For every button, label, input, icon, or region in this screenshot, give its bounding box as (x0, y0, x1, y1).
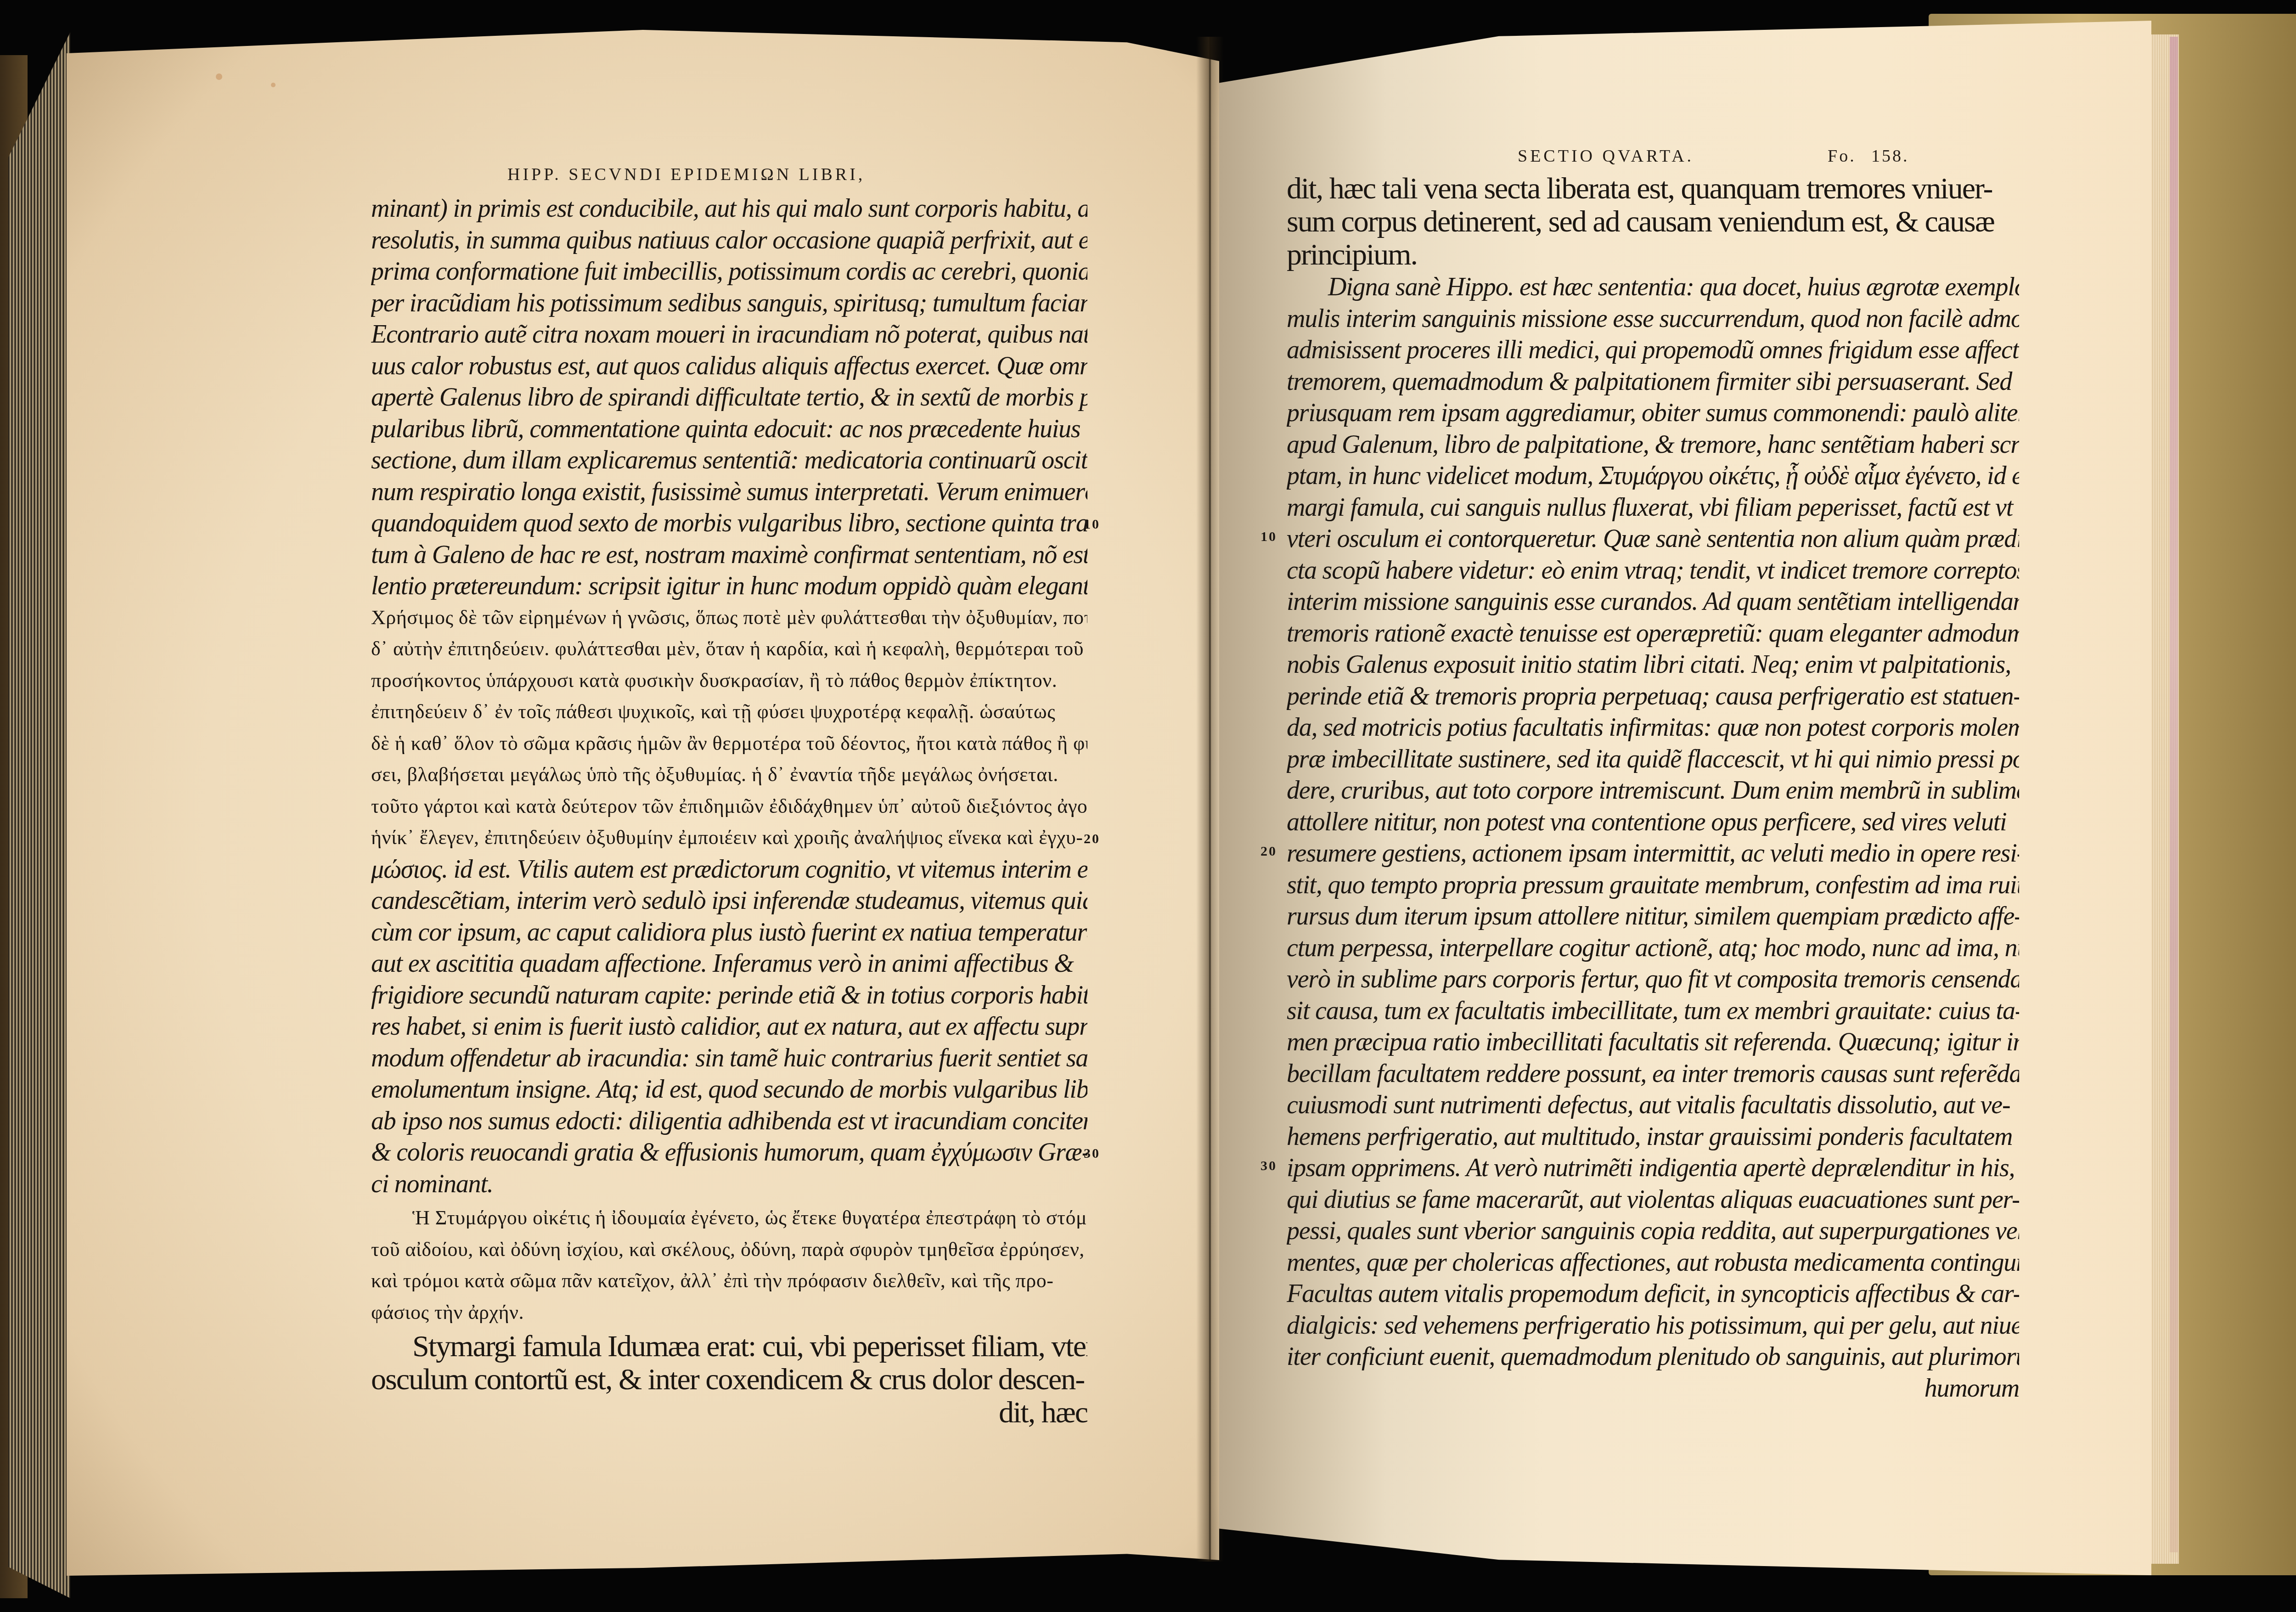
commentary-line: res habet, si enim is fuerit iustò calid… (371, 1011, 1087, 1043)
commentary-line: nobis Galenus exposuit initio statim lib… (1287, 649, 2019, 681)
greek-lemma-line: Ἡ Στυμάργου οἰκέτις ἡ ἰδουμαία ἐγένετο, … (371, 1202, 1087, 1234)
commentary-line: mulis interim sanguinis missione esse su… (1287, 303, 2019, 335)
commentary-line: attollere nititur, non potest vna conten… (1287, 806, 2019, 838)
commentary-line: per iracũdiam his potissimum sedibus san… (371, 287, 1087, 319)
latin-translation-line: osculum contortũ est, & inter coxendicem… (371, 1363, 1087, 1396)
greek-quote-line: Χρήσιμος δὲ τῶν εἰρημένων ἡ γνῶσις, ὅπως… (371, 602, 1087, 634)
right-running-head: SECTIO QVARTA. (1518, 146, 1694, 166)
greek-quote-line: σει, βλαβήσεται μεγάλως ὑπὸ τῆς ὀξυθυμία… (371, 759, 1087, 791)
commentary-line: qui diutius se fame macerarũt, aut viole… (1287, 1184, 2019, 1216)
commentary-line: dialgicis: sed vehemens perfrigeratio hi… (1287, 1310, 2019, 1341)
commentary-line: num respiratio longa existit, fusissimè … (371, 476, 1087, 508)
greek-quote-line: τοῦτο γάρτοι καὶ κατὰ δεύτερον τῶν ἐπιδη… (371, 791, 1087, 823)
commentary-line: candescẽtiam, interim verò sedulò ipsi i… (371, 885, 1087, 917)
greek-lemma-line: καὶ τρόμοι κατὰ σῶμα πᾶν κατεῖχον, ἀλλ᾽ … (371, 1265, 1087, 1297)
latin-translation-line: Stymargi famula Idumæa erat: cui, vbi pe… (371, 1330, 1087, 1363)
commentary-line: prima conformatione fuit imbecillis, pot… (371, 256, 1087, 287)
greek-quote-line: ἐπιτηδεύειν δ᾽ ἐν τοῖς πάθεσι ψυχικοῖς, … (371, 696, 1087, 728)
commentary-line: sectione, dum illam explicaremus sentent… (371, 445, 1087, 476)
commentary-line: mentes, quæ per cholericas affectiones, … (1287, 1247, 2019, 1279)
commentary-line: Digna sanè Hippo. est hæc sententia: qua… (1287, 271, 2019, 303)
greek-lemma-line: φάσιος τὴν ἀρχήν. (371, 1297, 1087, 1329)
commentary-line: ci nominant. (371, 1168, 1087, 1200)
commentary-line: aut ex ascititia quadam affectione. Infe… (371, 948, 1087, 980)
commentary-line: becillam facultatem reddere possunt, ea … (1287, 1058, 2019, 1090)
commentary-line: quandoquidem quod sexto de morbis vulgar… (371, 507, 1087, 539)
commentary-line: iter conficiunt euenit, quemadmodum plen… (1287, 1341, 2019, 1373)
right-page-body: dit, hæc tali vena secta liberata est, q… (1287, 172, 2019, 1404)
commentary-line: Econtrario autẽ citra noxam moueri in ir… (371, 319, 1087, 350)
greek-quote-line: δὲ ἡ καθ᾽ ὅλον τὸ σῶμα κρᾶσις ἡμῶν ἂν θε… (371, 728, 1087, 760)
commentary-line: da, sed motricis potius facultatis infir… (1287, 712, 2019, 744)
latin-translation-line: sum corpus detinerent, sed ad causam ven… (1287, 205, 2019, 238)
commentary-line: cuiusmodi sunt nutrimenti defectus, aut … (1287, 1089, 2019, 1121)
folio-number: 158. (1871, 146, 1909, 166)
commentary-line: stit, quo tempto propria pressum grauita… (1287, 869, 2019, 901)
commentary-line: uus calor robustus est, aut quos calidus… (371, 350, 1087, 382)
latin-translation-line: dit, hæc tali vena secta liberata est, q… (1287, 172, 2019, 205)
commentary-line: pessi, quales sunt vberior sanguinis cop… (1287, 1215, 2019, 1247)
commentary-line: & coloris reuocandi gratia & effusionis … (371, 1137, 1087, 1168)
margin-line-number: 20 (1261, 844, 1277, 859)
commentary-line: sit causa, tum ex facultatis imbecillita… (1287, 995, 2019, 1027)
commentary-line: admisissent proceres illi medici, qui pr… (1287, 334, 2019, 366)
folio-label: Fo. (1828, 146, 1856, 166)
greek-quote-line: ἡνίκ᾽ ἔλεγεν, ἐπιτηδεύειν ὀξυθυμίην ἐμπο… (371, 822, 1087, 854)
commentary-line: ipsam opprimens. At verò nutrimẽti indig… (1287, 1152, 2019, 1184)
commentary-line: hemens perfrigeratio, aut multitudo, ins… (1287, 1121, 2019, 1153)
commentary-line: ctum perpessa, interpellare cogitur acti… (1287, 932, 2019, 964)
commentary-line: rursus dum iterum ipsum attollere nititu… (1287, 901, 2019, 932)
greek-lemma-line: τοῦ αἰδοίου, καὶ ὀδύνη ἰσχίου, καὶ σκέλο… (371, 1234, 1087, 1266)
left-page-body: minant) in primis est conducibile, aut h… (371, 193, 1087, 1429)
page-edge-stain (2170, 37, 2178, 1552)
commentary-line: verò in sublime pars corporis fertur, qu… (1287, 964, 2019, 995)
commentary-line: perinde etiã & tremoris propria perpetua… (1287, 681, 2019, 712)
greek-quote-line: δ᾽ αὐτὴν ἐπιτηδεύειν. φυλάττεσθαι μὲν, ὅ… (371, 633, 1087, 665)
commentary-line: resumere gestiens, actionem ipsam interm… (1287, 838, 2019, 869)
commentary-line: cùm cor ipsum, ac caput calidiora plus i… (371, 917, 1087, 948)
commentary-line: dere, cruribus, aut toto corpore intremi… (1287, 775, 2019, 806)
foxing-stain (271, 83, 276, 87)
commentary-line: resolutis, in summa quibus natiuus calor… (371, 225, 1087, 256)
commentary-line: pularibus librũ, commentatione quinta ed… (371, 413, 1087, 445)
margin-line-number: 30 (1261, 1158, 1277, 1174)
margin-line-number: 10 (1084, 517, 1100, 532)
commentary-line: minant) in primis est conducibile, aut h… (371, 193, 1087, 225)
commentary-line: lentio prætereundum: scripsit igitur in … (371, 570, 1087, 602)
latin-translation-line: dit, hæc (371, 1396, 1087, 1429)
margin-line-number: 20 (1084, 831, 1100, 847)
greek-quote-line: προσήκοντος ὑπάρχουσι κατὰ φυσικὴν δυσκρ… (371, 665, 1087, 697)
commentary-line: tum à Galeno de hac re est, nostram maxi… (371, 539, 1087, 571)
commentary-line: cta scopũ habere videtur: eò enim vtraq;… (1287, 555, 2019, 586)
commentary-line: frigidiore secundũ naturam capite: perin… (371, 980, 1087, 1011)
commentary-line: μώσιος. id est. Vtilis autem est prædict… (371, 854, 1087, 885)
commentary-line: ptam, in hunc videlicet modum, Στυμάργου… (1287, 460, 2019, 492)
commentary-line: modum offendetur ab iracundia: sin tamẽ … (371, 1043, 1087, 1074)
commentary-line: vteri osculum ei contorqueretur. Quæ san… (1287, 523, 2019, 555)
catchword: humorum (1287, 1373, 2019, 1404)
commentary-line: tremorem, quemadmodum & palpitationem fi… (1287, 366, 2019, 398)
commentary-line: apertè Galenus libro de spirandi difficu… (371, 382, 1087, 413)
left-running-head: HIPP. SECVNDI EPIDEMIΩN LIBRI, (507, 164, 865, 185)
commentary-line: apud Galenum, libro de palpitatione, & t… (1287, 429, 2019, 461)
commentary-line: præ imbecillitate sustinere, sed ita qui… (1287, 744, 2019, 775)
commentary-line: priusquam rem ipsam aggrediamur, obiter … (1287, 397, 2019, 429)
latin-translation-line: principium. (1287, 238, 2019, 271)
foxing-stain (216, 73, 222, 80)
commentary-line: interim missione sanguinis esse curandos… (1287, 586, 2019, 618)
margin-line-number: 10 (1261, 529, 1277, 545)
margin-line-number: 30 (1084, 1146, 1100, 1161)
commentary-line: men præcipua ratio imbecillitati faculta… (1287, 1026, 2019, 1058)
page-stack-left (8, 32, 70, 1598)
commentary-line: Facultas autem vitalis propemodum defici… (1287, 1278, 2019, 1310)
commentary-line: tremoris rationẽ exactè tenuisse est ope… (1287, 618, 2019, 649)
commentary-line: margi famula, cui sanguis nullus fluxera… (1287, 492, 2019, 524)
commentary-line: emolumentum insigne. Atq; id est, quod s… (371, 1074, 1087, 1105)
commentary-line: ab ipso nos sumus edocti: diligentia adh… (371, 1105, 1087, 1137)
